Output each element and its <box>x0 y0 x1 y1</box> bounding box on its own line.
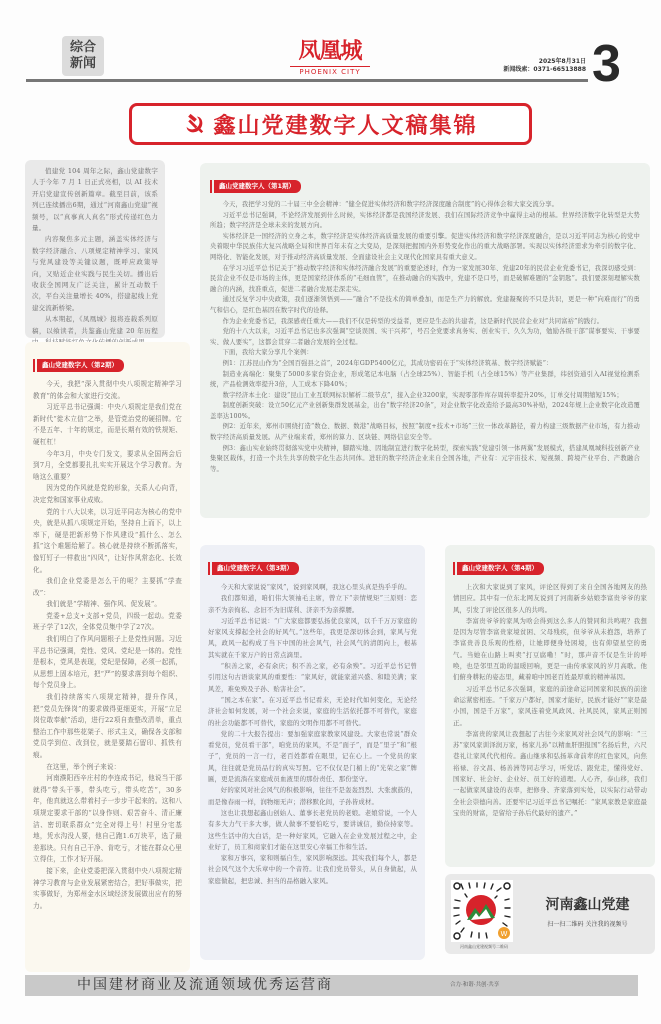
article-body: 今天，我把“深入贯彻中央八项规定精神学习教育”的体会和大家进行交流。 习近平总书… <box>33 379 182 912</box>
paragraph: 我们持续落实八项规定精神，提升作风，把“党员先锋岗”的要求做得更细更实，开展“立… <box>33 692 182 762</box>
article-issue-1: 鑫山党建数字人（第1期） 今天，我把学习党的二十届三中全会精神：“健全促进实体经… <box>200 163 650 518</box>
article-issue-4: 鑫山党建数字人（第4期） 上次和大家说到了家风，评论区得到了来自全国各地网友的热… <box>445 545 655 867</box>
paragraph: 实体经济是一国经济的立身之本，数字经济是实体经济高质量发展的重要引擎。促进实体经… <box>210 232 640 264</box>
qr-caption: 河南鑫山党建视频号二维码 <box>449 944 519 950</box>
page-number: 3 <box>592 38 621 90</box>
paragraph: 今天和大家说说“家风”，说到家风啊，我这心里头真是热乎乎的。 <box>208 582 417 593</box>
paragraph: 例2：近年来，郑州市围绕打造“数仓、数据、数港”战略目标，按照“制度+技术+市场… <box>210 422 640 443</box>
svg-text:W: W <box>501 930 508 938</box>
paragraph: 今天，我把“深入贯彻中央八项规定精神学习教育”的体会和大家进行交流。 <box>33 379 182 402</box>
paragraph: 制度创新突破：设立50亿元产业创新集群发展基金，出台“数字经济20条”，对企业数… <box>210 401 640 422</box>
paragraph: 我们都知道，咱们伟大领袖毛主席，曾立下“亲情规矩”三原则：恋亲不为亲徇私、念旧不… <box>208 593 417 616</box>
footer-slogan: 中国建材商业及流通领域优秀运营商 <box>77 975 333 996</box>
issue-label: 鑫山党建数字人（第2期） <box>37 359 124 372</box>
issue-date: 2025年8月31日 <box>488 58 586 66</box>
paragraph: 好的家风对社会风气的积极影响，往往不是轰轰烈烈、大张旗鼓的，而是像春雨一样，润物… <box>208 785 417 808</box>
paragraph: 内容聚焦多元主题，涵盖实体经济与数字经济融合、八项规定精神学习、家风与党风建设等… <box>32 234 158 314</box>
news-hotline: 新闻线索：0371-66513888 <box>488 66 586 74</box>
paragraph: 党委+总支+支部+党员，四级一起动。党委班子学了12次，全体党员集中学了27次。 <box>33 611 182 634</box>
paragraph: 习近平总书记说：“广大家庭都要弘扬优良家风，以千千万万家庭的好家风支撑起全社会的… <box>208 616 417 661</box>
paragraph: 制造业高端化：聚集了5000多家台资企业，形成笔记本电脑（占全球25%）、智能手… <box>210 370 640 391</box>
paragraph: 党的二十大报告提出：要加强家庭家教家风建设。大家也常说“群众看党员，党员看干部”… <box>208 729 417 785</box>
paragraph: 下面，我给大家分享几个案例： <box>210 348 640 359</box>
paragraph: 李富贵的家风让我想起了古往今来家风对社会风气的影响：“三苏”家风家训泽润万家，杨… <box>453 729 647 819</box>
section-tag: 综合 新闻 <box>62 36 104 76</box>
paragraph: 今年3月，中央专门发文，要求从全国两会后到7月，全党都要扎扎实实开展这个学习教育… <box>33 449 182 484</box>
paragraph: 在学习习近平总书记关于“推动数字经济和实体经济融合发展”的重要论述时，作为一家发… <box>210 264 640 296</box>
paragraph: 家和万事兴，家和则福自生，家风影响深远。其实我们每个人，都是社会风气这个大乐章中… <box>208 853 417 887</box>
paragraph: 党的十八大以来，以习近平同志为核心的党中央，就是从抓八项规定开始，坚持自上而下，… <box>33 507 182 577</box>
paragraph: 通过反复学习中央政策，我们逐渐领悟到——“融合”不是技术的简单叠加，而是生产力的… <box>210 295 640 316</box>
article-body: 上次和大家说到了家风，评论区得到了来自全国各地网友的热情回应。其中有一位东北网友… <box>453 582 647 819</box>
paragraph: 在这里，举个例子来说： <box>33 762 182 774</box>
paragraph: 数字经济本土化：建设“昆山工业互联网标识解析二级节点”，接入企业3200家，实现… <box>210 391 640 402</box>
paragraph: 党的十八大以来，习近平总书记也多次强调“空谈误国、实干兴邦”，号召全党要求真务实… <box>210 327 640 348</box>
qr-code-image: W <box>451 880 513 942</box>
article-issue-2: 鑫山党建数字人（第2期） 今天，我把“深入贯彻中央八项规定精神学习教育”的体会和… <box>25 342 190 972</box>
qr-code[interactable]: W <box>451 880 513 942</box>
masthead-divider <box>26 79 588 82</box>
qr-card-subtitle: 扫一扫二维码 关注我的视频号 <box>525 919 650 928</box>
paragraph: 例3：鑫山实业始终贯彻落实党中央精神，脚踏实地、因地制宜进行数字化转型，探索实践… <box>210 444 640 476</box>
paragraph: 我们企业党委是怎么干的呢？主要抓“学查改”： <box>33 576 182 599</box>
paragraph: 因为党的作风就是党的形象，关系人心向背，决定党和国家事业成败。 <box>33 483 182 506</box>
article-body: 今天和大家说说“家风”，说到家风啊，我这心里头真是热乎乎的。 我们都知道，咱们伟… <box>208 582 417 887</box>
section-tag-line-1: 综合 <box>62 40 104 56</box>
paragraph: 例1：江苏昆山作为“全国百强县之首”，2024年GDP5400亿元，其成功密码在… <box>210 359 640 370</box>
footer-bar: 中国建材商业及流通领域优秀运营商 合力·和谐·共创·共享 <box>25 975 638 996</box>
paragraph: 我们就是“学精神、强作风、促发展”。 <box>33 599 182 611</box>
section-tag-line-2: 新闻 <box>62 56 104 72</box>
paragraph: 习近平总书记强调，不论经济发展到什么时候，实体经济都是我国经济发展、我们在国际经… <box>210 211 640 232</box>
footer-motto: 合力·和谐·共创·共享 <box>450 975 499 996</box>
issue-info: 2025年8月31日 新闻线索：0371-66513888 <box>488 58 586 74</box>
issue-label: 鑫山党建数字人（第3期） <box>212 562 299 575</box>
paragraph: 习近平总书记多次强调，家庭的前途命运同国家和民族的前途命运紧密相连。“千家万户都… <box>453 684 647 729</box>
brand-name-cn: 凤凰城 <box>290 40 370 64</box>
paragraph: 河南濮阳西辛庄村的李连成书记，他说当干部就得“带头干事，带头吃亏，带头吃苦”，3… <box>33 773 182 866</box>
qr-card-title: 河南鑫山党建 <box>525 894 650 914</box>
paragraph: 接下来，企业党委把深入贯彻中央八项规定精神学习教育与企业发展紧密结合，把好事做实… <box>33 866 182 912</box>
paragraph: 习近平总书记强调：中央八项规定是我们党在新时代“徙木立信”之举，是管党治党的硬招… <box>33 402 182 448</box>
brand-name-en: PHOENIX CITY <box>290 66 370 76</box>
intro-panel: 值建党 104 周年之际，鑫山党建数字人于今年 7 月 1 日正式亮相，以 AI… <box>25 160 165 338</box>
feature-title-banner: 鑫山党建数字人文稿集锦 <box>129 103 532 145</box>
paragraph: “积善之家，必有余庆；积不善之家，必有余殃”。习近平总书记曾引用这句古语谈家风的… <box>208 661 417 695</box>
paragraph: 我们明白了作风问题根子上是党性问题。习近平总书记强调，党性、党风、党纪是一体的。… <box>33 634 182 692</box>
paragraph: “国之本在家”。在习近平总书记看来，无论时代如何变化，无论经济社会如何发展，对一… <box>208 695 417 729</box>
qr-card: W 河南鑫山党建视频号二维码 河南鑫山党建 扫一扫二维码 关注我的视频号 <box>445 874 655 954</box>
paragraph: 上次和大家说到了家风，评论区得到了来自全国各地网友的热情回应。其中有一位东北网友… <box>453 582 647 616</box>
issue-label: 鑫山党建数字人（第4期） <box>457 562 544 575</box>
intro-text: 值建党 104 周年之际，鑫山党建数字人于今年 7 月 1 日正式亮相，以 AI… <box>32 166 158 349</box>
feature-title: 鑫山党建数字人文稿集锦 <box>213 109 477 140</box>
newspaper-logo: 凤凰城 PHOENIX CITY <box>290 40 370 76</box>
paragraph: 李富贵爷爷的家风为啥会得到这么多人的赞同和共鸣呢？我想是因为尽管李富贵家境贫困、… <box>453 616 647 684</box>
article-issue-3: 鑫山党建数字人（第3期） 今天和大家说说“家风”，说到家风啊，我这心里头真是热乎… <box>200 545 425 960</box>
issue-label: 鑫山党建数字人（第1期） <box>214 180 301 193</box>
article-body: 今天，我把学习党的二十届三中全会精神：“健全促进实体经济和数字经济深度融合制度”… <box>210 200 640 475</box>
paragraph: 作为企业党委书记，我深感责任重大——我们不仅是转型的受益者，更应是生态的共建者，… <box>210 317 640 328</box>
hammer-sickle-icon <box>183 113 205 135</box>
paragraph: 这也让我想起鑫山创始人、董事长老党员的老娘。老娘常说，一个人有多大力气干多大事，… <box>208 808 417 853</box>
paragraph: 今天，我把学习党的二十届三中全会精神：“健全促进实体经济和数字经济深度融合制度”… <box>210 200 640 211</box>
paragraph: 值建党 104 周年之际，鑫山党建数字人于今年 7 月 1 日正式亮相，以 AI… <box>32 166 158 234</box>
